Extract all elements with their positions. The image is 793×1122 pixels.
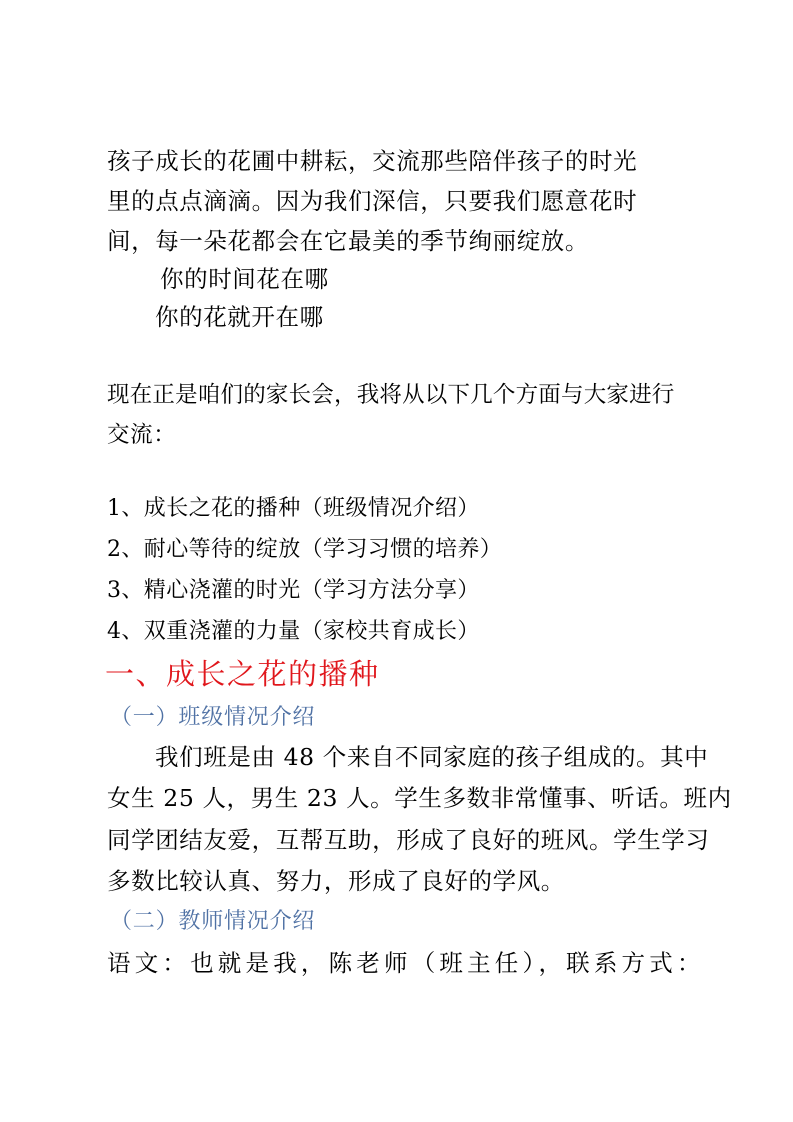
agenda-intro-line: 现在正是咱们的家长会，我将从以下几个方面与大家进行 (107, 380, 675, 410)
teacher-info-line: 语文：也就是我，陈老师（班主任），联系方式： (107, 948, 705, 978)
paragraph-line: 同学团结友爱，互帮互助，形成了良好的班风。学生学习 (107, 825, 710, 855)
subsection-heading: （二）教师情况介绍 (110, 907, 315, 937)
paragraph-line: 我们班是由 48 个来自不同家庭的孩子组成的。其中 (155, 742, 708, 772)
intro-line: 里的点点滴滴。因为我们深信，只要我们愿意花时 (107, 186, 637, 216)
agenda-item: 3、精心浇灌的时光（学习方法分享） (107, 576, 480, 606)
intro-line: 孩子成长的花圃中耕耘，交流那些陪伴孩子的时光 (107, 146, 637, 176)
section-heading: 一、成长之花的播种 (105, 656, 380, 692)
paragraph-line: 女生 25 人，男生 23 人。学生多数非常懂事、听话。班内 (107, 783, 732, 813)
agenda-item: 1、成长之花的播种（班级情况介绍） (107, 494, 480, 524)
motto-line: 你的时间花在哪 (160, 264, 329, 294)
document-page: 孩子成长的花圃中耕耘，交流那些陪伴孩子的时光 里的点点滴滴。因为我们深信，只要我… (0, 0, 793, 1122)
agenda-item: 4、双重浇灌的力量（家校共育成长） (107, 617, 480, 647)
subsection-heading: （一）班级情况介绍 (110, 703, 315, 733)
paragraph-line: 多数比较认真、努力，形成了良好的学风。 (107, 866, 565, 896)
intro-line: 间，每一朵花都会在它最美的季节绚丽绽放。 (107, 226, 589, 256)
agenda-intro-line: 交流： (107, 420, 176, 450)
agenda-item: 2、耐心等待的绽放（学习习惯的培养） (107, 535, 502, 565)
motto-line: 你的花就开在哪 (155, 302, 324, 332)
